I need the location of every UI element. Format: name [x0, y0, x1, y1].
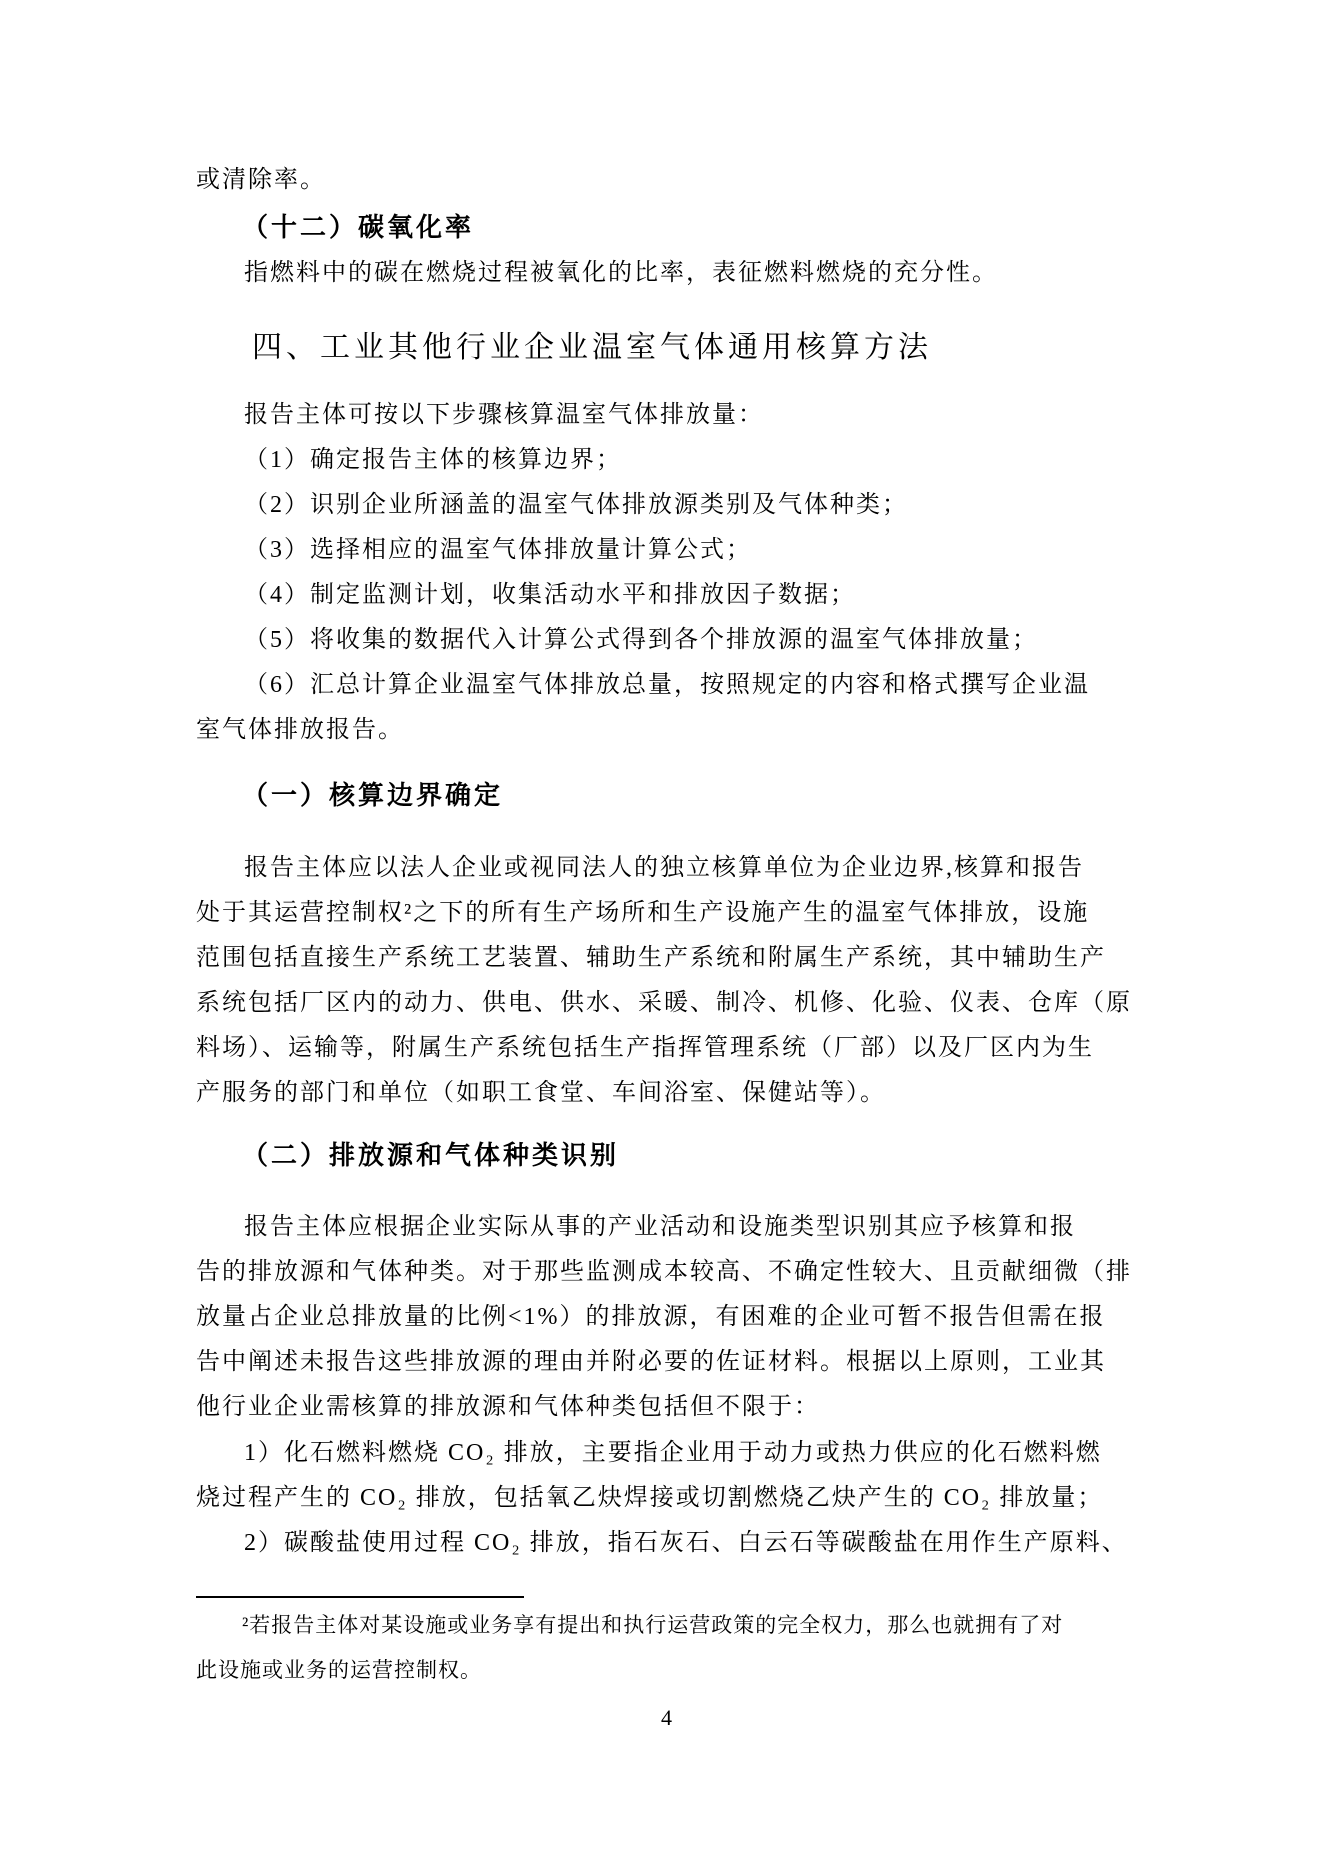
- section-1-line-1: 报告主体应以法人企业或视同法人的独立核算单位为企业边界,核算和报告: [196, 846, 1147, 891]
- step-2: （2）识别企业所涵盖的温室气体排放源类别及气体种类；: [196, 483, 1147, 528]
- step-6-wrap: 室气体排放报告。: [196, 708, 1147, 753]
- emission-item-2-line-1: 2）碳酸盐使用过程 CO₂ 排放，指石灰石、白云石等碳酸盐在用作生产原料、: [196, 1521, 1147, 1566]
- chapter-4-title: 四、工业其他行业企业温室气体通用核算方法: [196, 323, 1147, 373]
- step-6: （6）汇总计算企业温室气体排放总量，按照规定的内容和格式撰写企业温: [196, 663, 1147, 708]
- heading-section-1-boundary: （一）核算边界确定: [196, 771, 1147, 819]
- footnote-line-1: ²若报告主体对某设施或业务享有提出和执行运营政策的完全权力，那么也就拥有了对: [196, 1603, 1147, 1648]
- section-1-line-4: 系统包括厂区内的动力、供电、供水、采暖、制冷、机修、化验、仪表、仓库（原: [196, 981, 1147, 1026]
- emission-item-1-line-2: 烧过程产生的 CO₂ 排放，包括氧乙炔焊接或切割燃烧乙炔产生的 CO₂ 排放量；: [196, 1476, 1147, 1521]
- document-page: 或清除率。 （十二）碳氧化率 指燃料中的碳在燃烧过程被氧化的比率，表征燃料燃烧的…: [0, 0, 1323, 1871]
- section-2-line-5: 他行业企业需核算的排放源和气体种类包括但不限于：: [196, 1385, 1147, 1430]
- steps-intro: 报告主体可按以下步骤核算温室气体排放量：: [196, 393, 1147, 438]
- section-1-line-5: 料场）、运输等，附属生产系统包括生产指挥管理系统（厂部）以及厂区内为生: [196, 1026, 1147, 1071]
- section-1-line-2: 处于其运营控制权²之下的所有生产场所和生产设施产生的温室气体排放，设施: [196, 891, 1147, 936]
- step-3: （3）选择相应的温室气体排放量计算公式；: [196, 528, 1147, 573]
- section-1-line-3: 范围包括直接生产系统工艺装置、辅助生产系统和附属生产系统，其中辅助生产: [196, 936, 1147, 981]
- section-2-line-3: 放量占企业总排放量的比例<1%）的排放源，有困难的企业可暂不报告但需在报: [196, 1295, 1147, 1340]
- previous-paragraph-tail: 或清除率。: [196, 158, 1147, 203]
- page-number: 4: [186, 1703, 1147, 1733]
- emission-item-1-line-1: 1）化石燃料燃烧 CO₂ 排放，主要指企业用于动力或热力供应的化石燃料燃: [196, 1431, 1147, 1476]
- footnote-line-2: 此设施或业务的运营控制权。: [196, 1648, 1147, 1693]
- section-2-line-4: 告中阐述未报告这些排放源的理由并附必要的佐证材料。根据以上原则，工业其: [196, 1340, 1147, 1385]
- step-1: （1）确定报告主体的核算边界；: [196, 438, 1147, 483]
- def-12-body: 指燃料中的碳在燃烧过程被氧化的比率，表征燃料燃烧的充分性。: [196, 251, 1147, 296]
- heading-def-12-carbon-oxidation-rate: （十二）碳氧化率: [196, 203, 1147, 251]
- step-4: （4）制定监测计划，收集活动水平和排放因子数据；: [196, 573, 1147, 618]
- section-2-line-1: 报告主体应根据企业实际从事的产业活动和设施类型识别其应予核算和报: [196, 1205, 1147, 1250]
- step-5: （5）将收集的数据代入计算公式得到各个排放源的温室气体排放量；: [196, 618, 1147, 663]
- heading-section-2-emission-sources: （二）排放源和气体种类识别: [196, 1131, 1147, 1179]
- section-1-line-6: 产服务的部门和单位（如职工食堂、车间浴室、保健站等）。: [196, 1071, 1147, 1116]
- footnote-separator: [196, 1596, 524, 1598]
- section-2-line-2: 告的排放源和气体种类。对于那些监测成本较高、不确定性较大、且贡献细微（排: [196, 1250, 1147, 1295]
